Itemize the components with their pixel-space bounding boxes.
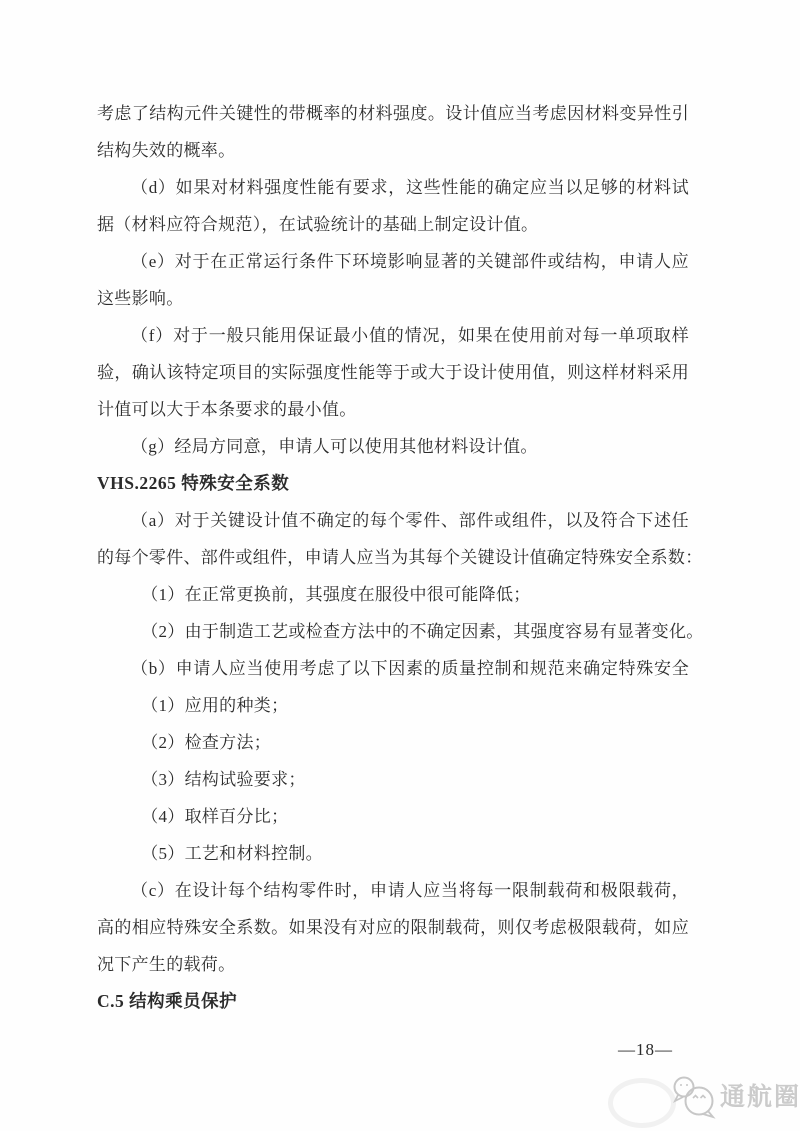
section-heading: VHS.2265 特殊安全系数 bbox=[97, 465, 689, 502]
document-page: 考虑了结构元件关键性的带概率的材料强度。设计值应当考虑因材料变异性引起的结构失效… bbox=[0, 0, 800, 1131]
document-line: （5）工艺和材料控制。 bbox=[97, 835, 689, 872]
document-line: 的每个零件、部件或组件，申请人应当为其每个关键设计值确定特殊安全系数： bbox=[97, 539, 689, 576]
document-line: 据（材料应符合规范），在试验统计的基础上制定设计值。 bbox=[97, 206, 689, 243]
wechat-chat-bubbles-icon bbox=[670, 1074, 718, 1120]
section-heading: C.5 结构乘员保护 bbox=[97, 983, 689, 1020]
document-line: （1）在正常更换前，其强度在服役中很可能降低； bbox=[97, 576, 689, 613]
watermark-text: 通航圈 bbox=[720, 1084, 800, 1110]
document-line: （d）如果对材料强度性能有要求，这些性能的确定应当以足够的材料试验为依 bbox=[97, 169, 689, 206]
page-number: —18— bbox=[618, 1040, 673, 1060]
document-lines: 考虑了结构元件关键性的带概率的材料强度。设计值应当考虑因材料变异性引起的结构失效… bbox=[97, 95, 689, 1020]
watermark-ghost-circle bbox=[608, 1078, 676, 1128]
document-line: （2）检查方法； bbox=[97, 724, 689, 761]
document-line: （2）由于制造工艺或检查方法中的不确定因素，其强度容易有显著变化。 bbox=[97, 613, 689, 650]
document-line: 结构失效的概率。 bbox=[97, 132, 689, 169]
watermark: 通航圈 bbox=[608, 1072, 793, 1122]
document-line: （1）应用的种类； bbox=[97, 687, 689, 724]
document-line: 计值可以大于本条要求的最小值。 bbox=[97, 391, 689, 428]
document-line: 这些影响。 bbox=[97, 280, 689, 317]
document-line: （a）对于关键设计值不确定的每个零件、部件或组件，以及符合下述任一条件 bbox=[97, 502, 689, 539]
document-line: （b）申请人应当使用考虑了以下因素的质量控制和规范来确定特殊安全系数： bbox=[97, 650, 689, 687]
document-line: （4）取样百分比； bbox=[97, 798, 689, 835]
document-line: 验，确认该特定项目的实际强度性能等于或大于设计使用值，则这样材料采用的设 bbox=[97, 354, 689, 391]
document-line: 高的相应特殊安全系数。如果没有对应的限制载荷，则仅考虑极限载荷，如应急情 bbox=[97, 909, 689, 946]
document-line: 考虑了结构元件关键性的带概率的材料强度。设计值应当考虑因材料变异性引起的 bbox=[97, 95, 689, 132]
document-line: （e）对于在正常运行条件下环境影响显著的关键部件或结构，申请人应当确定 bbox=[97, 243, 689, 280]
document-line: （3）结构试验要求； bbox=[97, 761, 689, 798]
document-line: 况下产生的载荷。 bbox=[97, 946, 689, 983]
document-line: （f）对于一般只能用保证最小值的情况，如果在使用前对每一单项取样进行试 bbox=[97, 317, 689, 354]
document-line: （g）经局方同意，申请人可以使用其他材料设计值。 bbox=[97, 428, 689, 465]
document-line: （c）在设计每个结构零件时，申请人应当将每一限制载荷和极限载荷，乘以最 bbox=[97, 872, 689, 909]
